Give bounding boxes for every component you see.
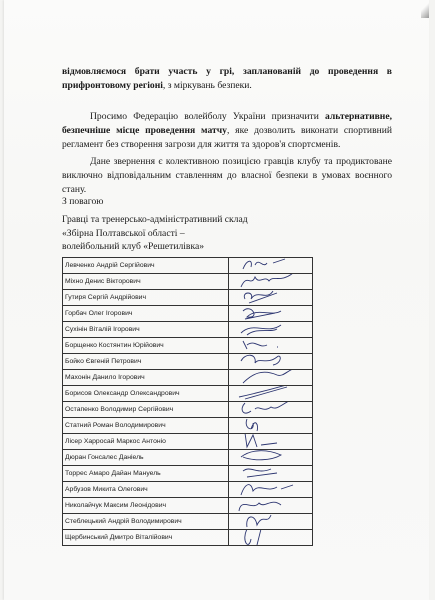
- signatory-row: Борисов Олександр Олександрович: [63, 386, 313, 402]
- signatory-row: Николайчук Максим Леонідович: [63, 498, 313, 514]
- signatory-name: Сухінін Віталій Ігорович: [63, 322, 229, 338]
- signature-cell: [229, 450, 313, 466]
- signatory-row: Дюран Гонсалес Даніель: [63, 450, 313, 466]
- signature-cell: [229, 482, 313, 498]
- signoff-line-1: Гравці та тренерсько-адміністративний ск…: [62, 213, 248, 227]
- signatory-row: Міхно Денис Вікторович: [63, 274, 313, 290]
- signature-cell: [229, 514, 313, 530]
- signature-cell: [229, 466, 313, 482]
- handwritten-signature-icon: [237, 482, 307, 498]
- signatory-name: Горбач Олег Ігорович: [63, 306, 229, 322]
- signatory-row: Статний Роман Володимирович: [63, 418, 313, 434]
- signatory-name: Статний Роман Володимирович: [63, 418, 229, 434]
- signatory-row: Стеблецький Андрій Володимирович: [63, 514, 313, 530]
- signature-cell: [229, 386, 313, 402]
- signatory-name: Міхно Денис Вікторович: [63, 274, 229, 290]
- signature-cell: [229, 274, 313, 290]
- refusal-rest-text: , з міркувань безпеки.: [163, 80, 252, 91]
- signature-cell: [229, 498, 313, 514]
- signature-cell: [229, 402, 313, 418]
- handwritten-signature-icon: [237, 370, 307, 386]
- handwritten-signature-icon: [237, 402, 307, 418]
- paragraph-request: Просимо Федерацію волейболу України приз…: [62, 110, 392, 152]
- signature-cell: [229, 306, 313, 322]
- signature-cell: [229, 530, 313, 546]
- signature-cell: [229, 370, 313, 386]
- handwritten-signature-icon: [237, 466, 307, 482]
- signatory-name: Николайчук Максим Леонідович: [63, 498, 229, 514]
- closing-regards: З повагою: [62, 196, 103, 207]
- signatory-row: Махонін Данило Ігорович: [63, 370, 313, 386]
- handwritten-signature-icon: [237, 530, 307, 546]
- signatory-row: Арбузов Микита Олегович: [63, 482, 313, 498]
- handwritten-signature-icon: [237, 274, 307, 290]
- handwritten-signature-icon: [237, 258, 307, 274]
- signature-cell: [229, 338, 313, 354]
- signatory-row: Щербинський Дмитро Віталійович: [63, 530, 313, 546]
- signatory-name: Остапенко Володимир Сергійович: [63, 402, 229, 418]
- handwritten-signature-icon: [237, 354, 307, 370]
- signoff-block: Гравці та тренерсько-адміністративний ск…: [62, 213, 248, 254]
- page-corner-shadow: [421, 0, 429, 18]
- signatory-row: Бойко Євгеній Петрович: [63, 354, 313, 370]
- signatory-name: Арбузов Микита Олегович: [63, 482, 229, 498]
- signatory-row: Сухінін Віталій Ігорович: [63, 322, 313, 338]
- signatory-row: Торрес Амаро Дайан Мануель: [63, 466, 313, 482]
- handwritten-signature-icon: [237, 434, 307, 450]
- handwritten-signature-icon: [237, 386, 307, 402]
- signatory-name: Торрес Амаро Дайан Мануель: [63, 466, 229, 482]
- signoff-line-3: волейбольний клуб «Решетилівка»: [62, 240, 248, 254]
- signatory-row: Остапенко Володимир Сергійович: [63, 402, 313, 418]
- signature-cell: [229, 290, 313, 306]
- signatory-name: Стеблецький Андрій Володимирович: [63, 514, 229, 530]
- signatory-row: Левченко Андрій Сергійович: [63, 258, 313, 274]
- signatory-name: Махонін Данило Ігорович: [63, 370, 229, 386]
- paragraph-position: Дане звернення є колективною позицією гр…: [62, 155, 392, 197]
- handwritten-signature-icon: [237, 498, 307, 514]
- signatory-row: Горбач Олег Ігорович: [63, 306, 313, 322]
- signatory-name: Гутиря Сергій Андрійович: [63, 290, 229, 306]
- request-lead-text: Просимо Федерацію волейболу України приз…: [90, 111, 325, 122]
- signatory-name: Борисов Олександр Олександрович: [63, 386, 229, 402]
- signature-cell: [229, 434, 313, 450]
- handwritten-signature-icon: [237, 322, 307, 338]
- handwritten-signature-icon: [237, 338, 307, 354]
- signatory-name: Лісер Харросай Маркос Антоніо: [63, 434, 229, 450]
- signatory-name: Щербинський Дмитро Віталійович: [63, 530, 229, 546]
- signatory-row: Лісер Харросай Маркос Антоніо: [63, 434, 313, 450]
- paragraph-refusal: відмовляємося брати участь у грі, заплан…: [62, 65, 392, 93]
- signature-cell: [229, 354, 313, 370]
- handwritten-signature-icon: [237, 514, 307, 530]
- signoff-line-2: «Збірна Полтавської області –: [62, 227, 248, 241]
- handwritten-signature-icon: [237, 450, 307, 466]
- signatory-name: Левченко Андрій Сергійович: [63, 258, 229, 274]
- signature-table: Левченко Андрій СергійовичМіхно Денис Ві…: [62, 257, 313, 546]
- handwritten-signature-icon: [237, 290, 307, 306]
- handwritten-signature-icon: [237, 306, 307, 322]
- signatory-name: Бойко Євгеній Петрович: [63, 354, 229, 370]
- signatory-row: Гутиря Сергій Андрійович: [63, 290, 313, 306]
- signatory-row: Борщенко Костянтин Юрійович: [63, 338, 313, 354]
- signature-cell: [229, 258, 313, 274]
- signature-cell: [229, 418, 313, 434]
- signatory-name: Дюран Гонсалес Даніель: [63, 450, 229, 466]
- handwritten-signature-icon: [237, 418, 307, 434]
- document-page: відмовляємося брати участь у грі, заплан…: [4, 0, 429, 600]
- signature-cell: [229, 322, 313, 338]
- signatory-name: Борщенко Костянтин Юрійович: [63, 338, 229, 354]
